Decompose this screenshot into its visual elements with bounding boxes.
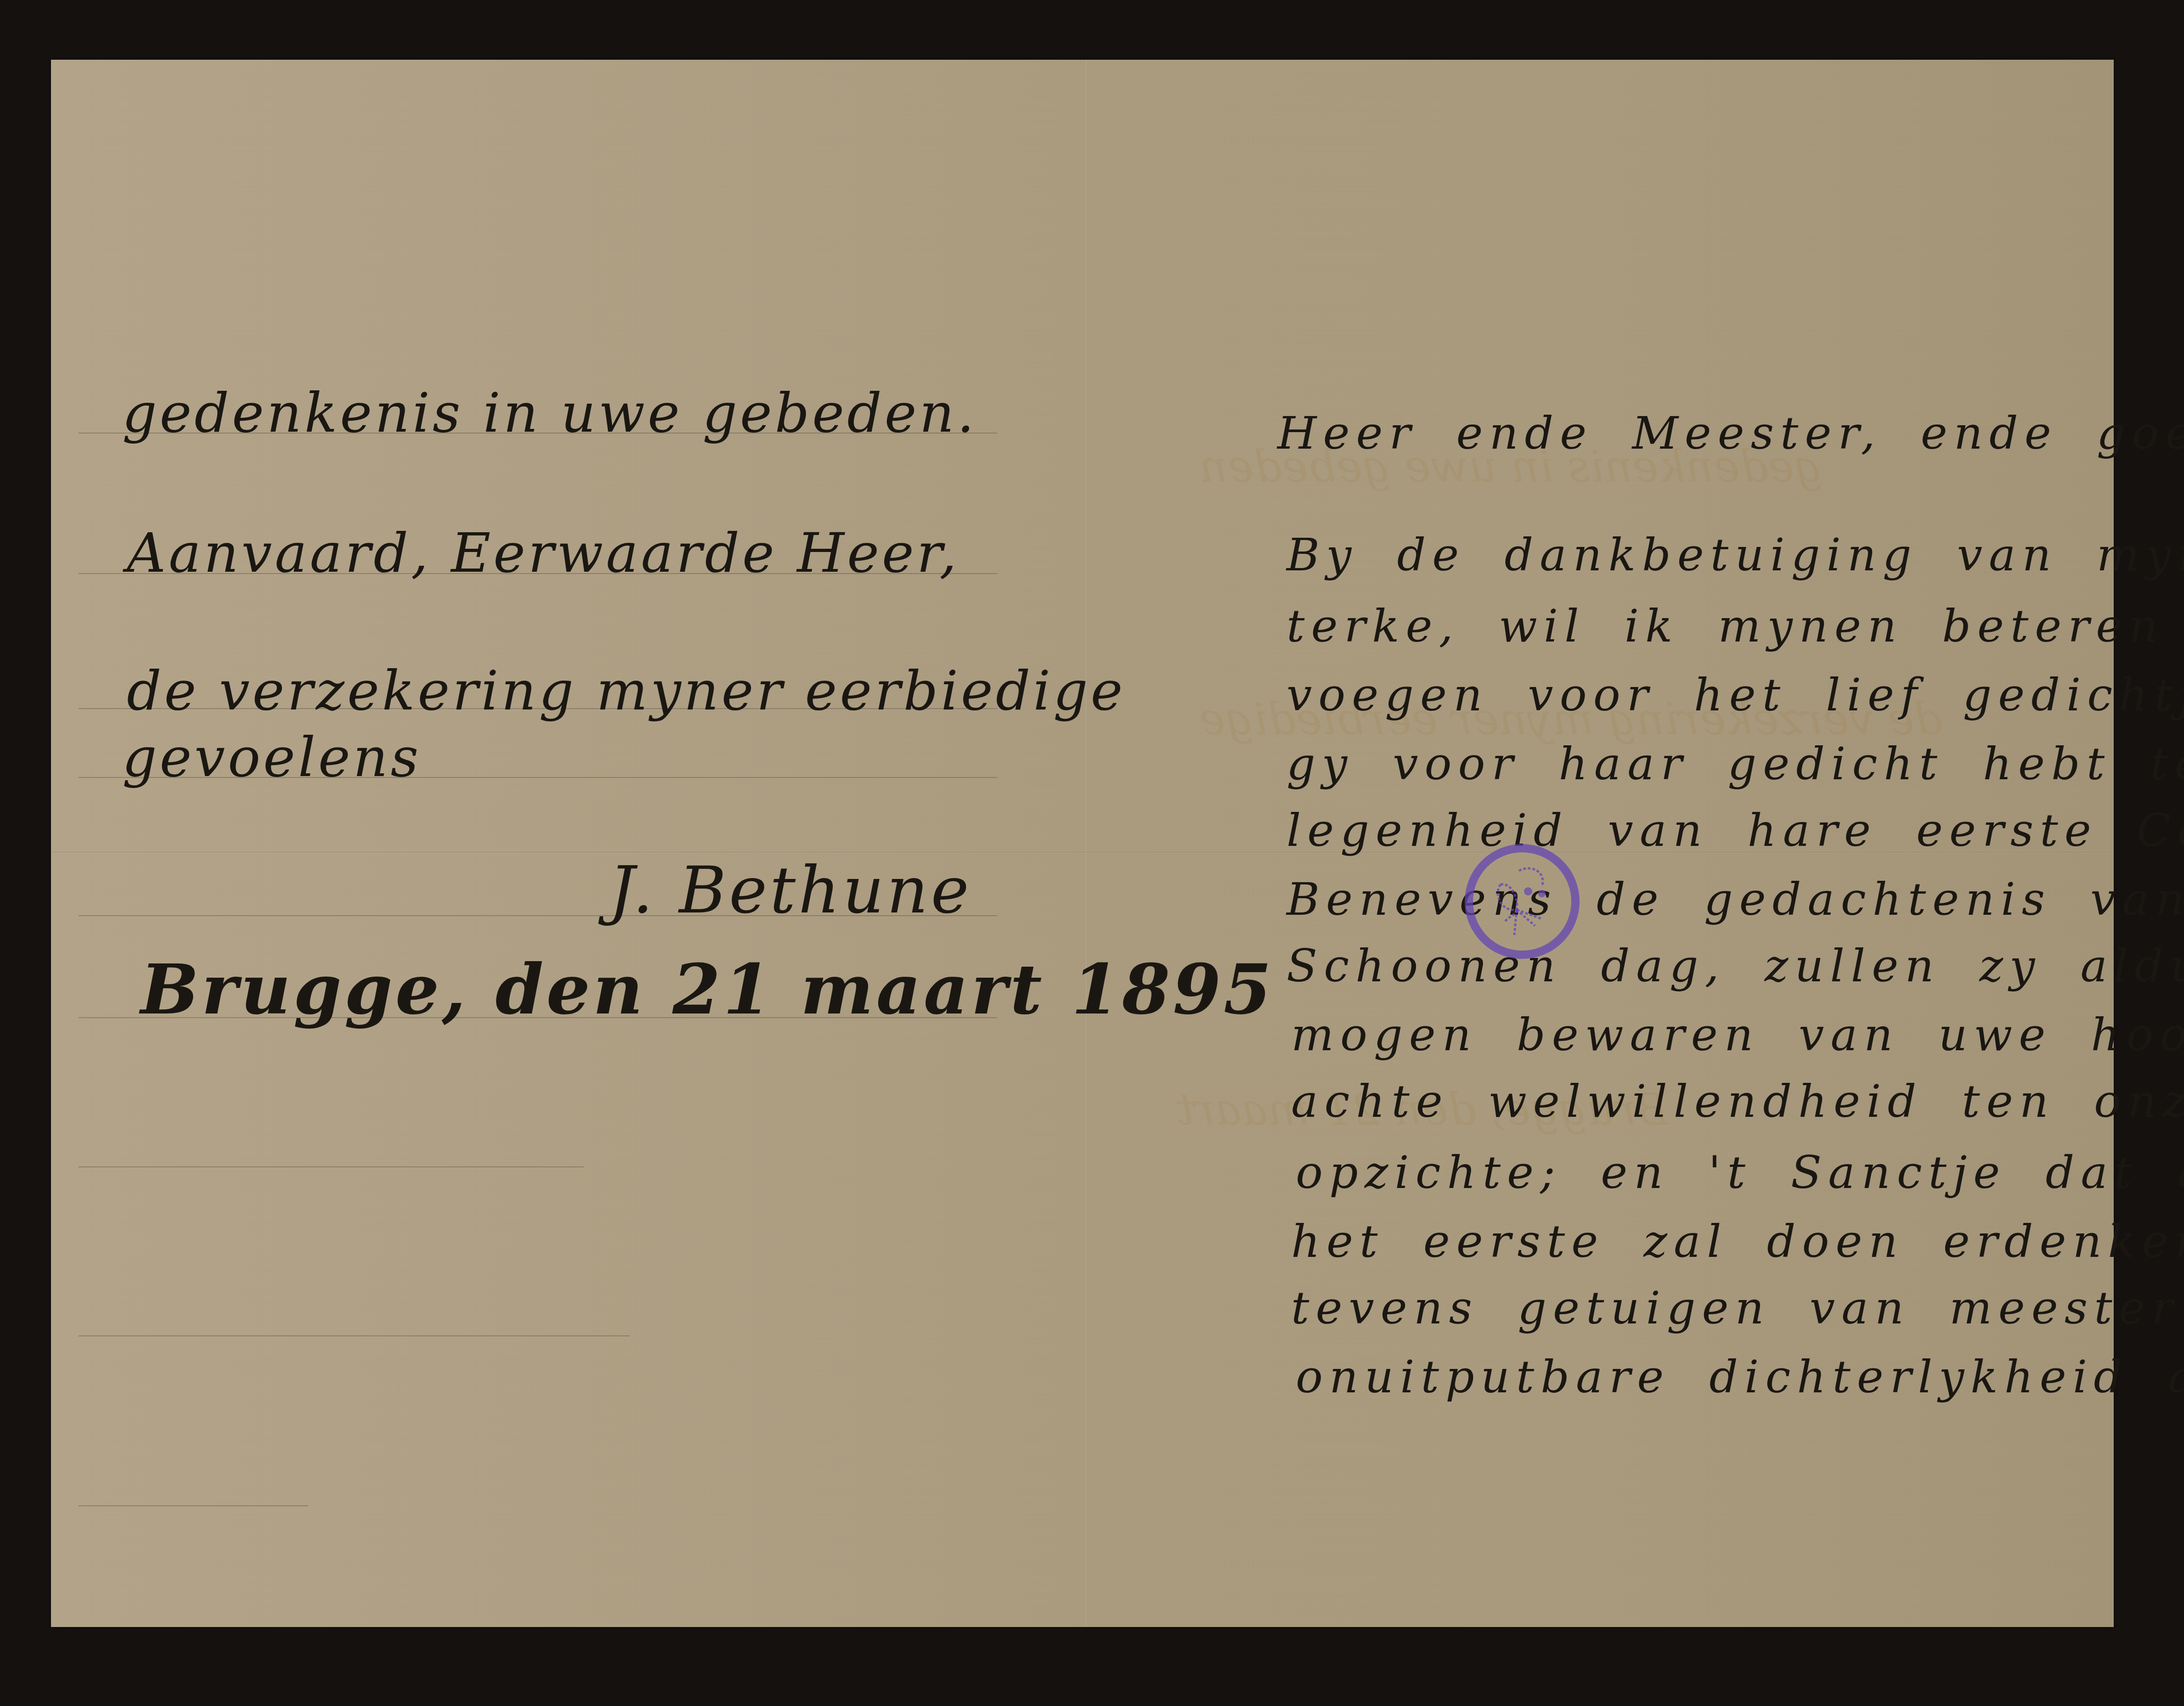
ruled-line [79,1505,308,1506]
letter-line: het eerste zal doen erdenken, zal [1291,1219,2184,1264]
letter-line: tevens getuigen van meester Gezelle's [1291,1286,2184,1331]
dragonfly-stamp-icon [1473,852,1571,951]
letter-line: achte welwillendheid ten onzen [1291,1079,2184,1124]
salutation: Heer ende Meester, ende goede Vriend [1277,411,2184,456]
letter-line: Aanvaard, Eerwaarde Heer, [127,526,959,580]
letter-line: gy voor haar gedicht hebt ter ge; [1287,742,2184,787]
letter-line: Schoonen dag, zullen zy aldus deze [1287,944,2184,989]
letter-line: By de dankbetuiging van myn doch; [1287,533,2184,578]
letter-line: gedenkenis in uwe gebeden. [122,386,977,440]
place-date: Brugge, den 21 maart 1895 [141,955,1274,1024]
letter-sheet: gedenkenis in uwe gebeden de verzekering… [51,60,2114,1627]
ruled-line [79,1166,584,1167]
letter-line: mogen bewaren van uwe hoogge; [1291,1013,2184,1058]
signature: J. Bethune [609,859,972,923]
letter-line: opzichte; en 't Sanctje dat aan [1296,1150,2184,1195]
letter-line: onuitputbare dichterlykheid alsook [1296,1355,2184,1400]
letter-line: voegen voor het lief gedichtje dat [1287,673,2184,718]
letter-line: de verzekering myner eerbiedige [127,664,1125,718]
letter-line: gevoelens [122,730,421,784]
letter-line: terke, wil ik mynen beteren dank [1287,604,2184,649]
center-fold [1085,60,1087,1627]
letter-line: Benevens de gedachtenis van dezen [1287,877,2184,922]
ruled-line [79,1335,630,1336]
letter-line: legenheid van hare eerste Communie. [1287,808,2184,853]
purple-ink-stamp [1465,844,1580,959]
